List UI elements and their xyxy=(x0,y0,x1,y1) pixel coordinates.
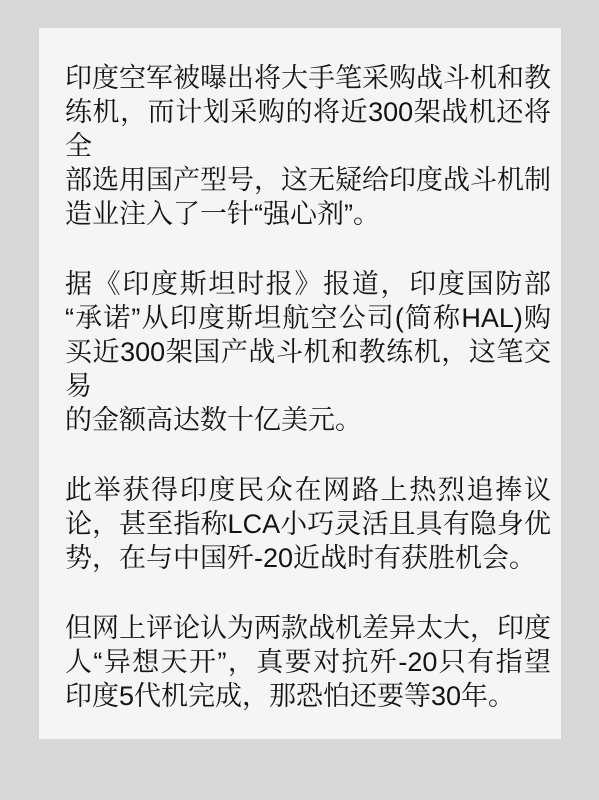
paragraph: 此举获得印度民众在网路上热烈追捧议论，甚至指称LCA小巧灵活且具有隐身优势，在与… xyxy=(65,473,551,575)
article-card: 印度空军被曝出将大手笔采购战斗机和教练机，而计划采购的将近300架战机还将全部选… xyxy=(39,28,561,739)
text-line: 论，甚至指称LCA小巧灵活且具有隐身优 xyxy=(65,507,551,541)
text-line: 据《印度斯坦时报》报道，印度国防部 xyxy=(65,267,551,301)
text-line: 人“异想天开”，真要对抗歼-20只有指望 xyxy=(65,645,551,679)
text-line: 造业注入了一针“强心剂”。 xyxy=(65,197,551,231)
text-line: 的金额高达数十亿美元。 xyxy=(65,403,551,437)
text-line: 印度5代机完成，那恐怕还要等30年。 xyxy=(65,679,551,713)
text-line: 印度空军被曝出将大手笔采购战斗机和教 xyxy=(65,61,551,95)
text-line: 练机，而计划采购的将近300架战机还将全 xyxy=(65,95,551,163)
article-body: 印度空军被曝出将大手笔采购战斗机和教练机，而计划采购的将近300架战机还将全部选… xyxy=(65,61,551,713)
text-line: 部选用国产型号，这无疑给印度战斗机制 xyxy=(65,163,551,197)
text-line: “承诺”从印度斯坦航空公司(简称HAL)购 xyxy=(65,301,551,335)
text-line: 此举获得印度民众在网路上热烈追捧议 xyxy=(65,473,551,507)
paragraph: 但网上评论认为两款战机差异太大，印度人“异想天开”，真要对抗歼-20只有指望印度… xyxy=(65,611,551,713)
text-line: 势，在与中国歼-20近战时有获胜机会。 xyxy=(65,541,551,575)
text-line: 但网上评论认为两款战机差异太大，印度 xyxy=(65,611,551,645)
paragraph: 印度空军被曝出将大手笔采购战斗机和教练机，而计划采购的将近300架战机还将全部选… xyxy=(65,61,551,231)
text-line: 买近300架国产战斗机和教练机，这笔交易 xyxy=(65,335,551,403)
paragraph: 据《印度斯坦时报》报道，印度国防部“承诺”从印度斯坦航空公司(简称HAL)购买近… xyxy=(65,267,551,437)
